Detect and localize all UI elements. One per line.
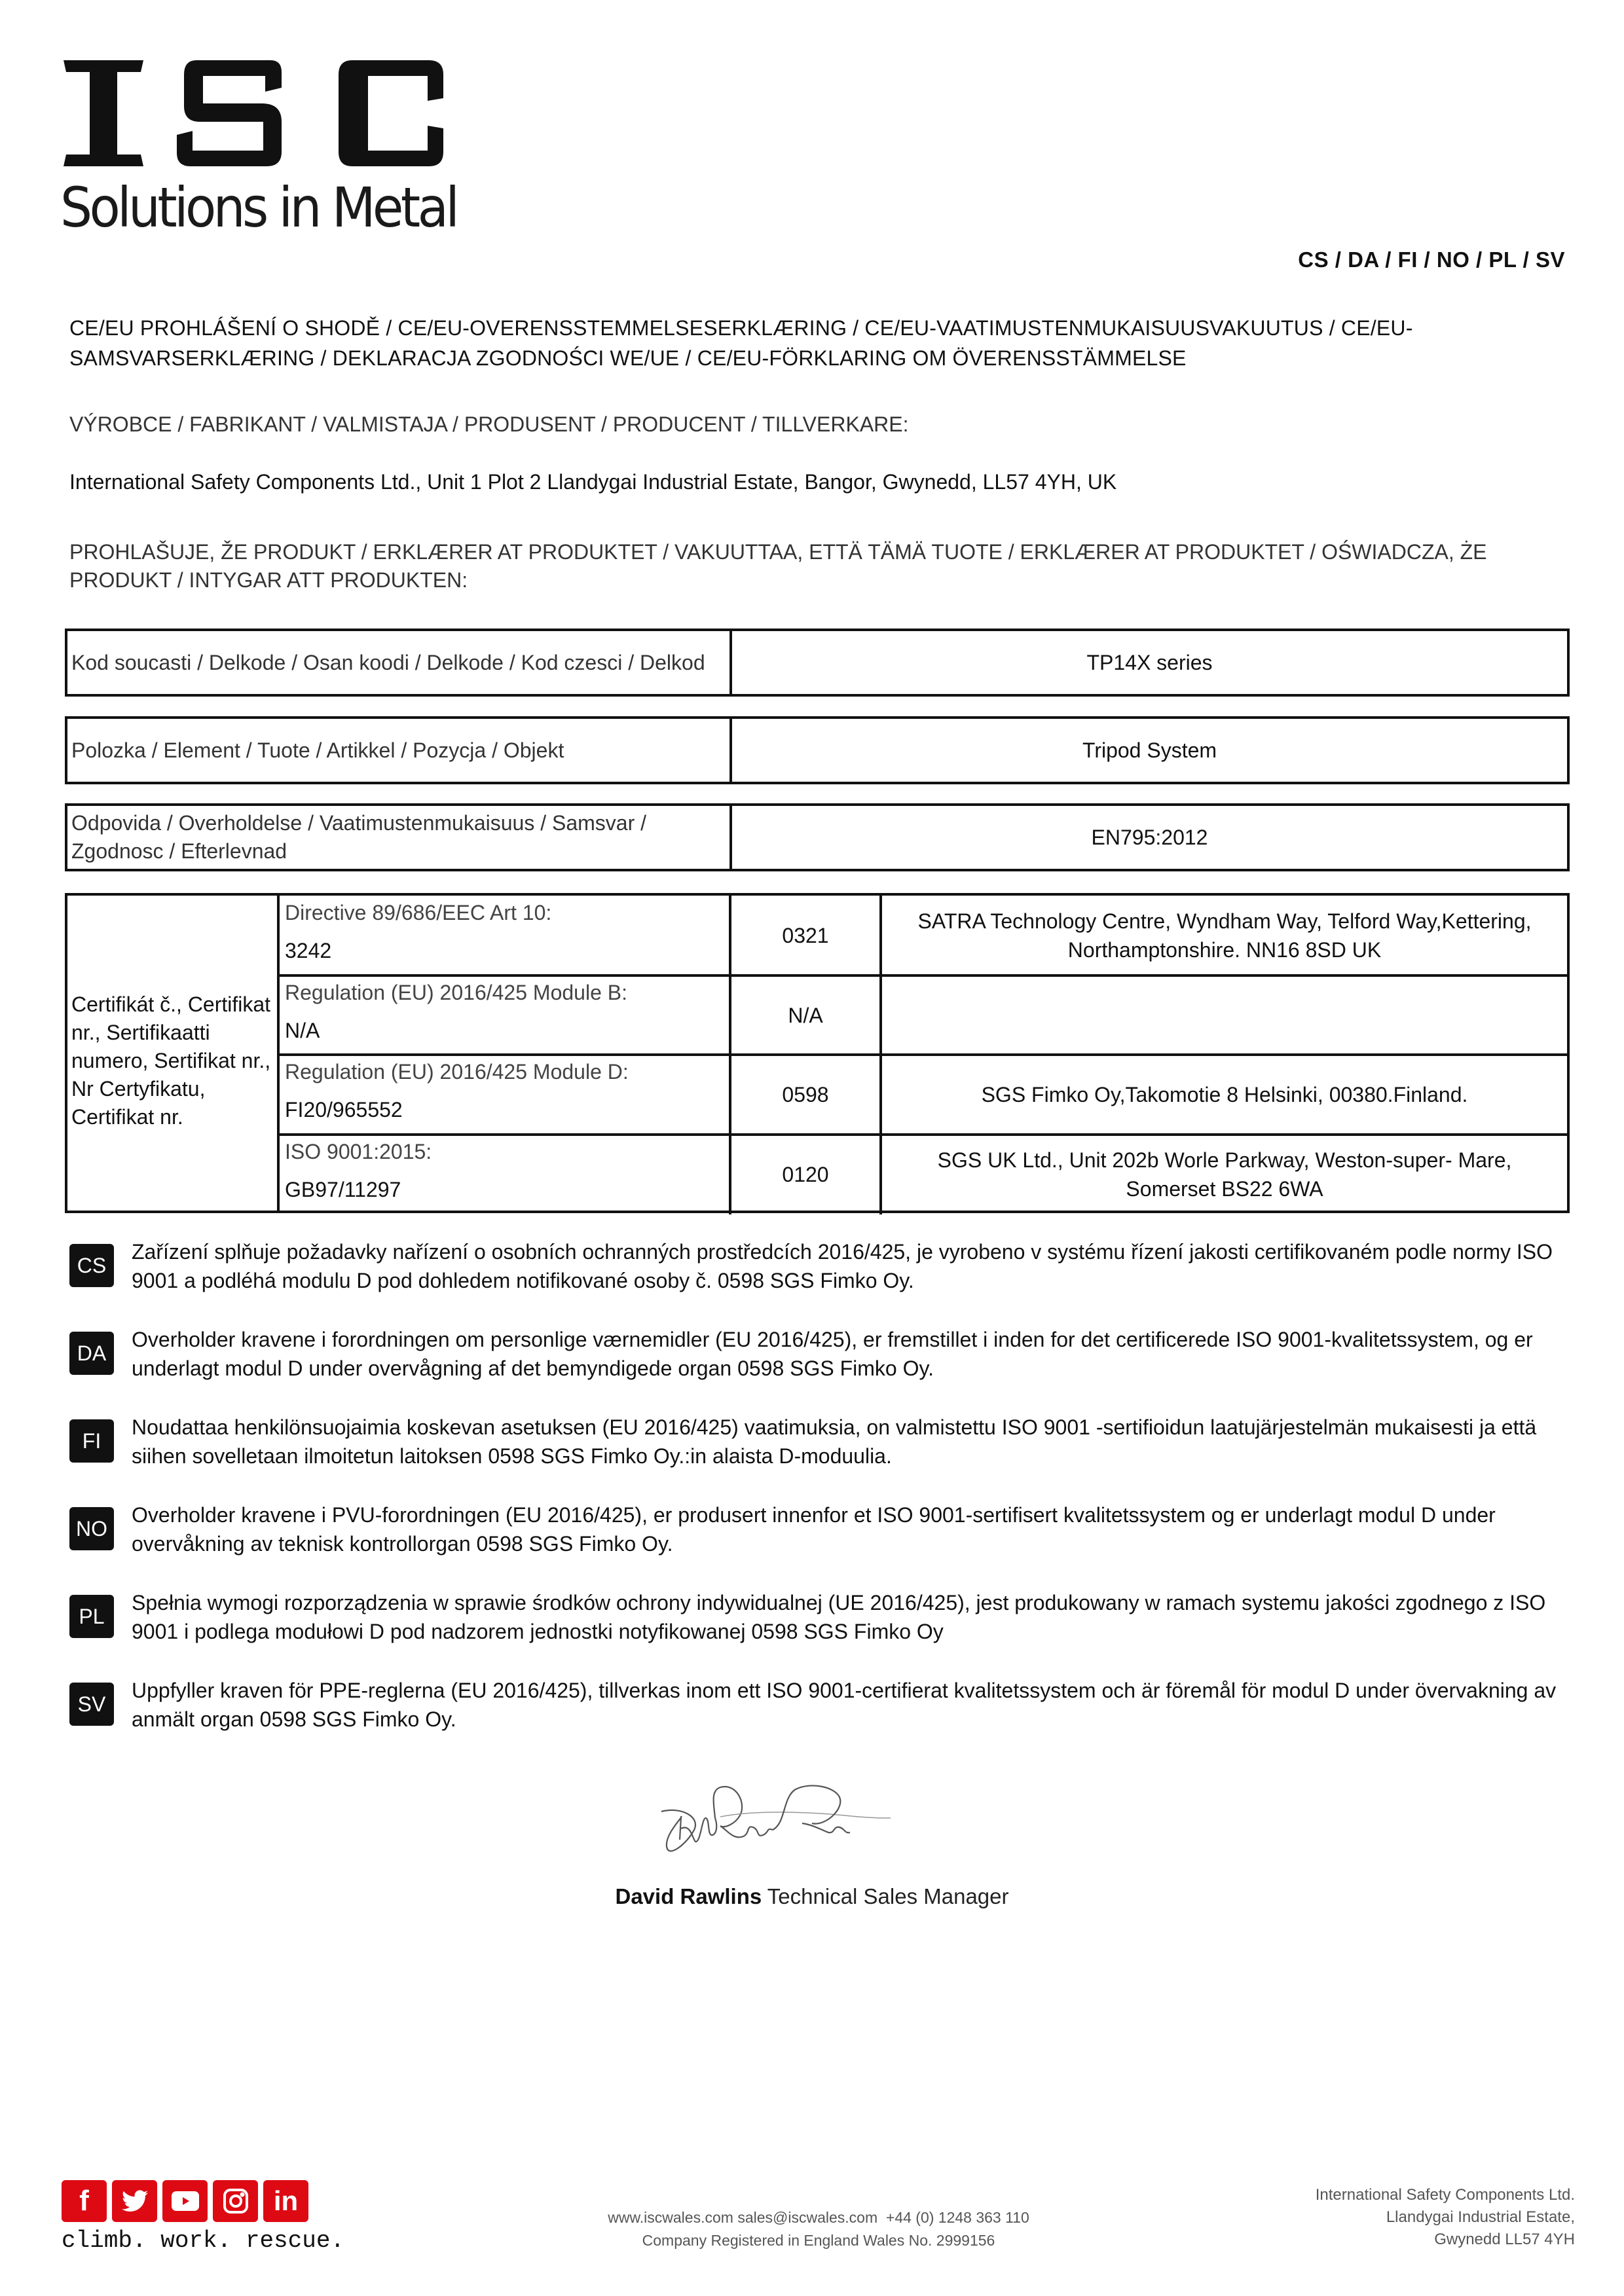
twitter-icon[interactable] — [112, 2180, 157, 2222]
statement-text: Overholder kravene i PVU-forordningen (E… — [132, 1501, 1572, 1558]
compliance-value: EN795:2012 — [732, 806, 1567, 869]
notified-body-address: SGS UK Ltd., Unit 202b Worle Parkway, We… — [882, 1135, 1567, 1214]
footer-contact: www.iscwales.com sales@iscwales.com +44 … — [557, 2206, 1080, 2252]
certificate-number-label: Certifikát č., Certifikat nr., Sertifika… — [67, 896, 280, 1211]
notified-body-address — [882, 975, 1567, 1055]
registration-line: Company Registered in England Wales No. … — [557, 2229, 1080, 2252]
certificate-number: 3242 — [285, 939, 331, 963]
part-code-label: Kod soucasti / Delkode / Osan koodi / De… — [67, 631, 732, 694]
manufacturer-label: VÝROBCE / FABRIKANT / VALMISTAJA / PRODU… — [69, 412, 909, 437]
certificate-row: ISO 9001:2015:GB97/11297 0120 SGS UK Ltd… — [280, 1135, 1567, 1214]
signatory-name: David Rawlins — [615, 1884, 762, 1908]
contact-line: www.iscwales.com sales@iscwales.com +44 … — [557, 2206, 1080, 2229]
language-badge: CS — [69, 1244, 114, 1287]
compliance-table: Odpovida / Overholdelse / Vaatimustenmuk… — [65, 803, 1570, 871]
notified-body-number: N/A — [731, 975, 882, 1055]
certificate-row: Regulation (EU) 2016/425 Module B:N/A N/… — [280, 975, 1567, 1055]
instagram-icon[interactable] — [213, 2180, 258, 2222]
certificate-row: Regulation (EU) 2016/425 Module D:FI20/9… — [280, 1055, 1567, 1135]
declaration-heading: CE/EU PROHLÁŠENÍ O SHODĚ / CE/EU-OVERENS… — [69, 313, 1569, 373]
signatory-title: Technical Sales Manager — [767, 1884, 1009, 1908]
isc-logo — [62, 60, 501, 166]
standard-name: ISO 9001:2015: — [285, 1140, 432, 1164]
notified-body-number: 0598 — [731, 1055, 882, 1135]
signature-image — [655, 1777, 963, 1869]
tagline: climb. work. rescue. — [62, 2227, 344, 2254]
compliance-label: Odpovida / Overholdelse / Vaatimustenmuk… — [67, 806, 732, 869]
certificate-number: FI20/965552 — [285, 1098, 403, 1122]
item-label: Polozka / Element / Tuote / Artikkel / P… — [67, 719, 732, 782]
address-line: Llandygai Industrial Estate, — [1316, 2206, 1575, 2229]
statement-text: Uppfyller kraven för PPE-reglerna (EU 20… — [132, 1676, 1572, 1734]
manufacturer-address: International Safety Components Ltd., Un… — [69, 470, 1116, 494]
certificate-number: N/A — [285, 1019, 320, 1043]
address-line: International Safety Components Ltd. — [1316, 2184, 1575, 2206]
part-code-table: Kod soucasti / Delkode / Osan koodi / De… — [65, 629, 1570, 697]
notified-body-number: 0120 — [731, 1135, 882, 1214]
language-codes: CS / DA / FI / NO / PL / SV — [1298, 247, 1565, 272]
youtube-icon[interactable] — [162, 2180, 208, 2222]
certificates-table: Certifikát č., Certifikat nr., Sertifika… — [65, 893, 1570, 1213]
standard-name: Regulation (EU) 2016/425 Module D: — [285, 1060, 629, 1084]
notified-body-address: SGS Fimko Oy,Takomotie 8 Helsinki, 00380… — [882, 1055, 1567, 1135]
social-links: f in — [62, 2180, 308, 2222]
address-line: Gwynedd LL57 4YH — [1316, 2229, 1575, 2251]
standard-name: Directive 89/686/EEC Art 10: — [285, 901, 551, 925]
certificate-row: Directive 89/686/EEC Art 10:3242 0321 SA… — [280, 896, 1567, 975]
notified-body-address: SATRA Technology Centre, Wyndham Way, Te… — [882, 896, 1567, 975]
notified-body-number: 0321 — [731, 896, 882, 975]
statement-text: Spełnia wymogi rozporządzenia w sprawie … — [132, 1588, 1572, 1646]
item-table: Polozka / Element / Tuote / Artikkel / P… — [65, 716, 1570, 784]
language-badge: PL — [69, 1595, 114, 1638]
declares-label: PROHLAŠUJE, ŽE PRODUKT / ERKLÆRER AT PRO… — [69, 538, 1569, 594]
language-badge: SV — [69, 1683, 114, 1726]
signatory: David Rawlins Technical Sales Manager — [0, 1884, 1624, 1909]
facebook-icon[interactable]: f — [62, 2180, 107, 2222]
linkedin-icon[interactable]: in — [263, 2180, 308, 2222]
item-value: Tripod System — [732, 719, 1567, 782]
language-badge: DA — [69, 1332, 114, 1375]
statement-text: Noudattaa henkilönsuojaimia koskevan ase… — [132, 1413, 1572, 1470]
language-badge: FI — [69, 1419, 114, 1463]
statement-text: Zařízení splňuje požadavky nařízení o os… — [132, 1237, 1572, 1295]
logo-subtitle: Solutions in Metal — [60, 175, 456, 240]
statement-text: Overholder kravene i forordningen om per… — [132, 1325, 1572, 1383]
standard-name: Regulation (EU) 2016/425 Module B: — [285, 981, 627, 1005]
certificate-number: GB97/11297 — [285, 1178, 401, 1202]
part-code-value: TP14X series — [732, 631, 1567, 694]
language-badge: NO — [69, 1507, 114, 1550]
footer-address: International Safety Components Ltd. Lla… — [1316, 2184, 1575, 2251]
